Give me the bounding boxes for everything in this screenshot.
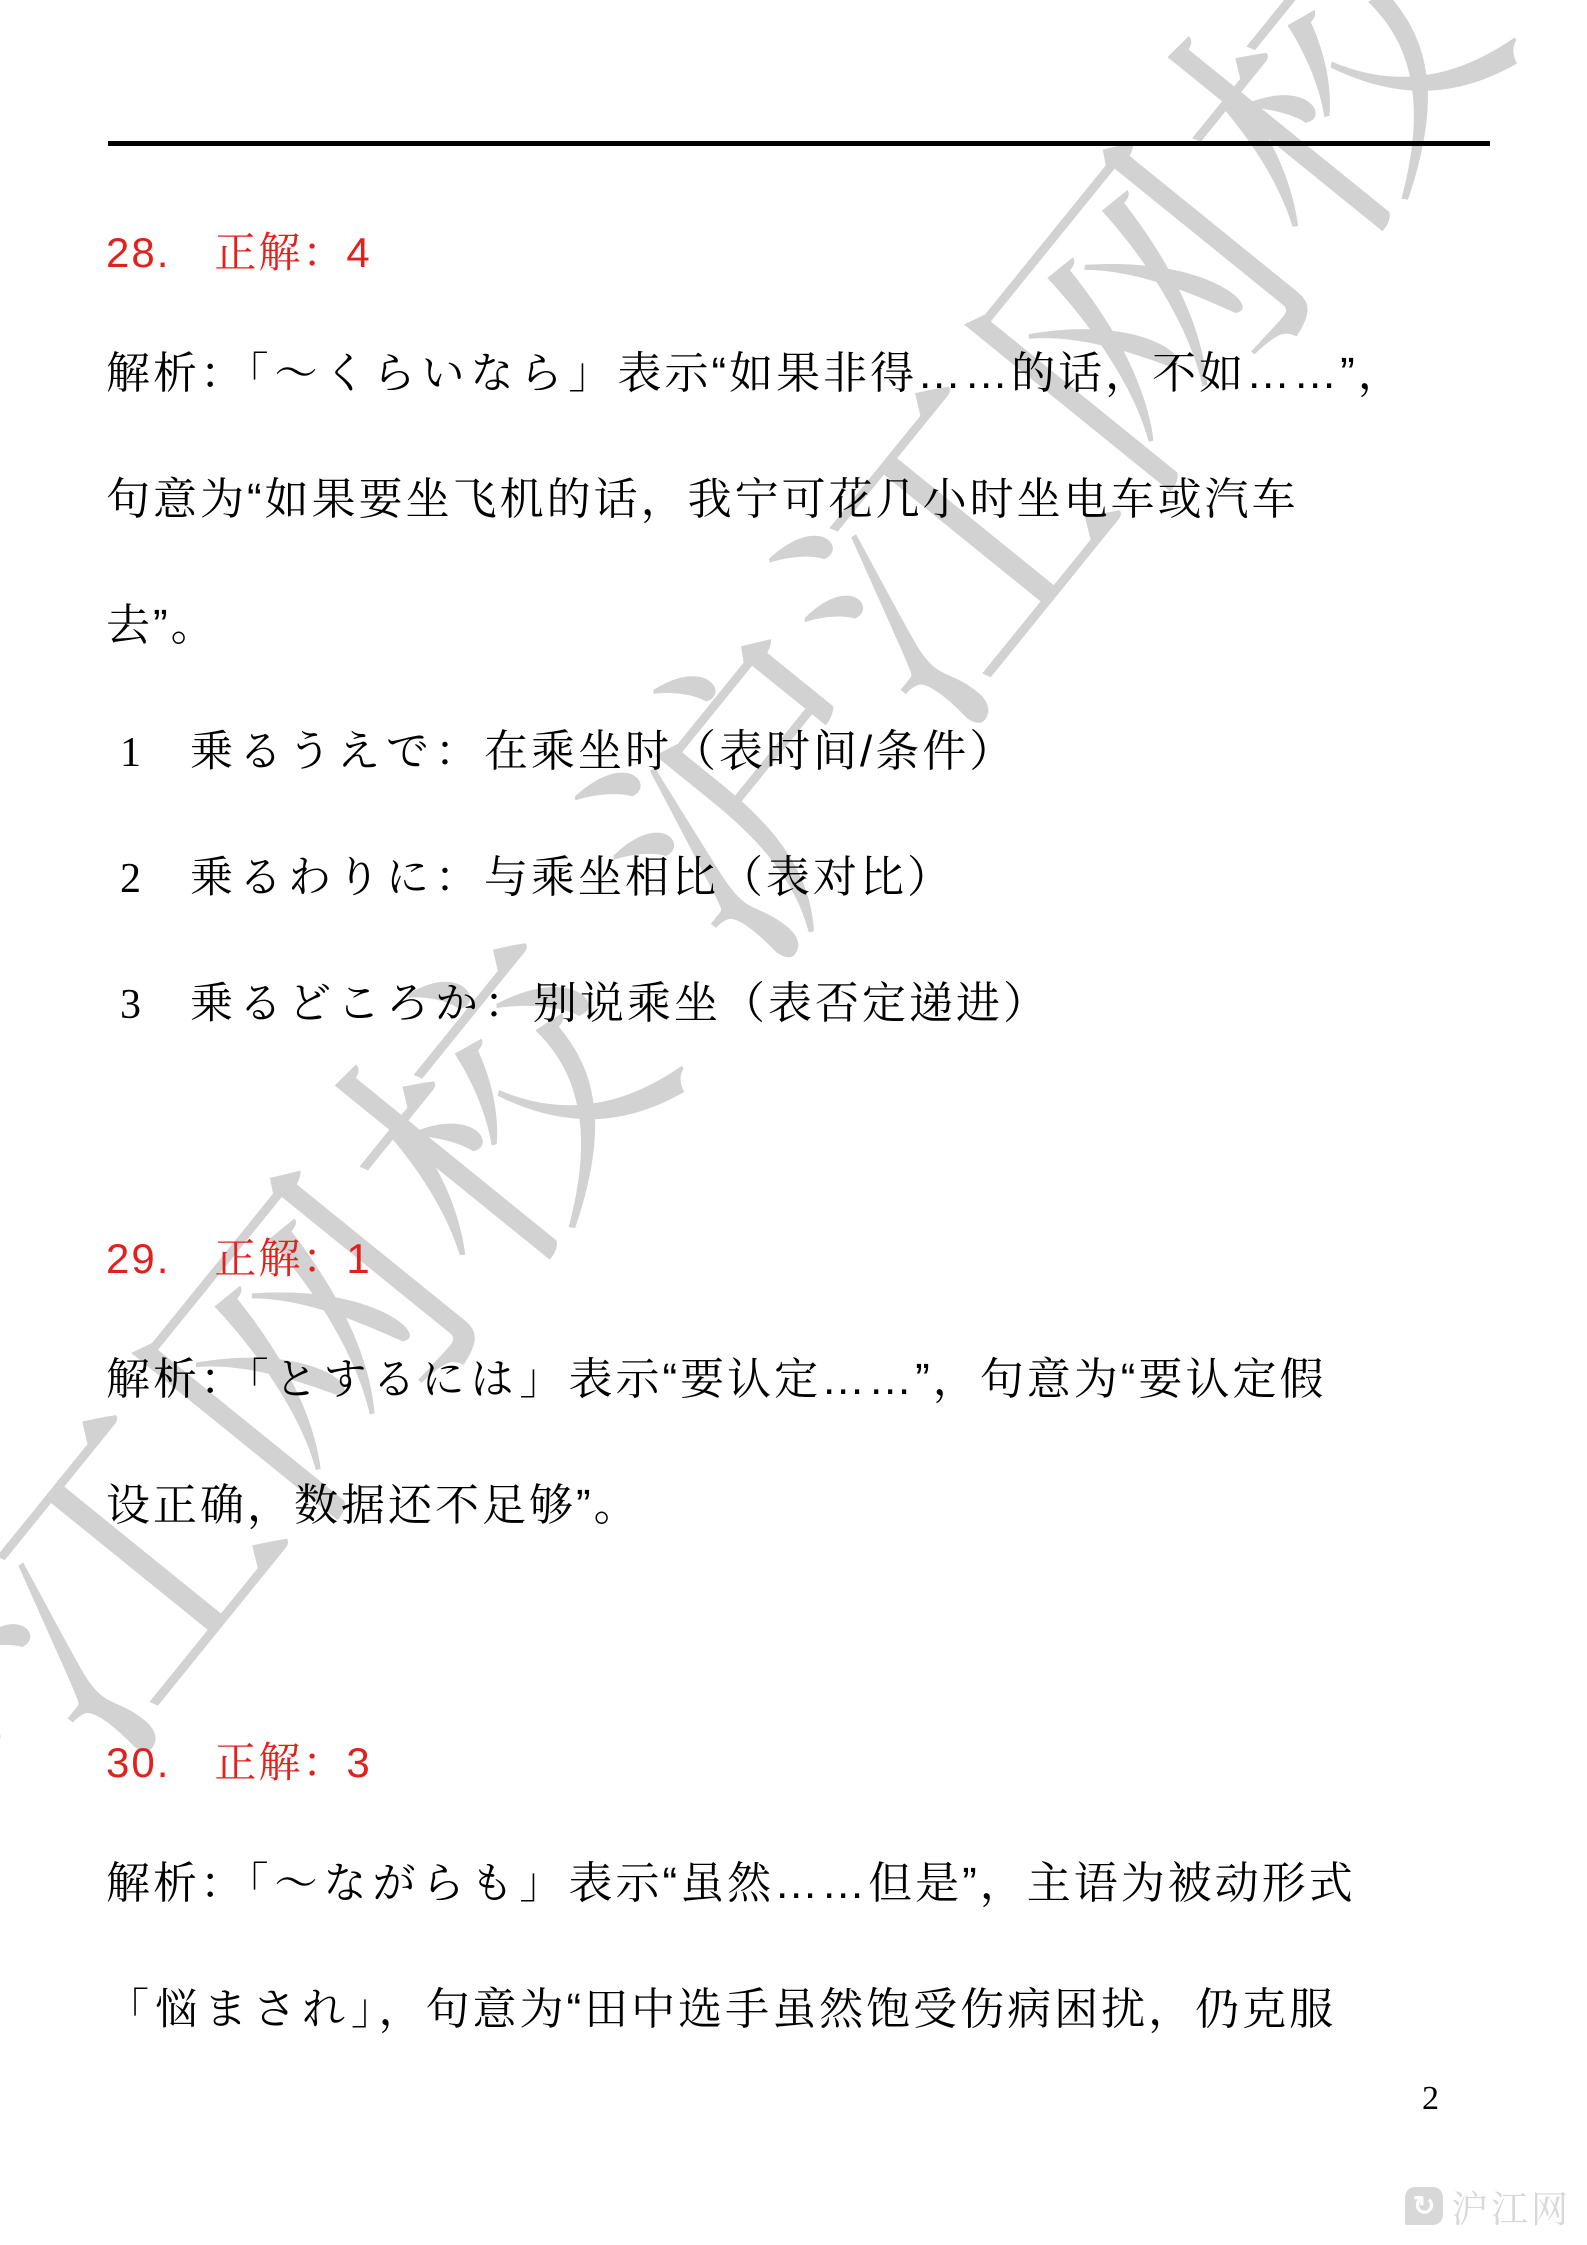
option-number: 1 — [120, 730, 190, 776]
chinese-text: 表示“要认定……”，句意为“要认定假 — [569, 1355, 1327, 1404]
option-line: 3乗るどころか：别说乘坐（表否定递进） — [120, 980, 1050, 1028]
chinese-text: 在乘坐时（表时间/条件） — [484, 727, 1016, 776]
japanese-text: 乗るどころか： — [190, 981, 533, 1028]
chinese-text: 去”。 — [106, 601, 218, 650]
option-number: 2 — [120, 856, 190, 902]
answer-header: 29. 正解：1 — [106, 1236, 372, 1282]
japanese-text: 「～くらいなら」 — [247, 351, 618, 398]
japanese-text: 乗るうえで： — [190, 729, 484, 776]
chinese-text: 设正确，数据还不足够”。 — [106, 1481, 641, 1530]
text-line: 「悩まされ」，句意为“田中选手虽然饱受伤病困扰，仍克服 — [106, 1986, 1336, 2034]
chinese-text: 解析： — [106, 349, 247, 398]
document-page: 沪江网校 沪江网校 28. 正解：4解析：「～くらいなら」表示“如果非得……的话… — [0, 0, 1587, 2245]
chinese-text: 解析： — [106, 1859, 247, 1908]
answer-header: 28. 正解：4 — [106, 230, 372, 276]
japanese-text: 「とするには」 — [247, 1357, 569, 1404]
japanese-text: 「～ながらも」 — [247, 1861, 569, 1908]
option-line: 1乗るうえで：在乘坐时（表时间/条件） — [120, 728, 1016, 776]
japanese-text: 「悩まされ」 — [106, 1987, 379, 2034]
chinese-text: 与乘坐相比（表对比） — [484, 853, 954, 902]
circular-arrow-icon: ↻ — [1405, 2187, 1443, 2225]
brand-label: 沪江网 — [1451, 2179, 1571, 2233]
text-line: 句意为“如果要坐飞机的话，我宁可花几小时坐电车或汽车 — [106, 476, 1299, 524]
text-line: 去”。 — [106, 602, 218, 650]
text-line: 解析：「～ながらも」表示“虽然……但是”，主语为被动形式 — [106, 1860, 1356, 1908]
chinese-text: 解析： — [106, 1355, 247, 1404]
chinese-text: 句意为“如果要坐飞机的话，我宁可花几小时坐电车或汽车 — [106, 475, 1299, 524]
chinese-text: 表示“如果非得……的话，不如……”， — [618, 349, 1405, 398]
chinese-text: 表示“虽然……但是”，主语为被动形式 — [569, 1859, 1356, 1908]
japanese-text: 乗るわりに： — [190, 855, 484, 902]
text-line: 解析：「～くらいなら」表示“如果非得……的话，不如……”， — [106, 350, 1405, 398]
page-number: 2 — [1422, 2080, 1439, 2118]
header-rule — [108, 141, 1490, 146]
answer-header: 30. 正解：3 — [106, 1740, 372, 1786]
text-line: 设正确，数据还不足够”。 — [106, 1482, 641, 1530]
option-line: 2乗るわりに：与乘坐相比（表对比） — [120, 854, 954, 902]
chinese-text: ，句意为“田中选手虽然饱受伤病困扰，仍克服 — [379, 1985, 1337, 2034]
chinese-text: 别说乘坐（表否定递进） — [533, 979, 1050, 1028]
option-number: 3 — [120, 982, 190, 1028]
brand-logo: ↻ 沪江网 — [1405, 2179, 1571, 2233]
text-line: 解析：「とするには」表示“要认定……”，句意为“要认定假 — [106, 1356, 1326, 1404]
content-area: 28. 正解：4解析：「～くらいなら」表示“如果非得……的话，不如……”，句意为… — [0, 0, 1587, 2245]
